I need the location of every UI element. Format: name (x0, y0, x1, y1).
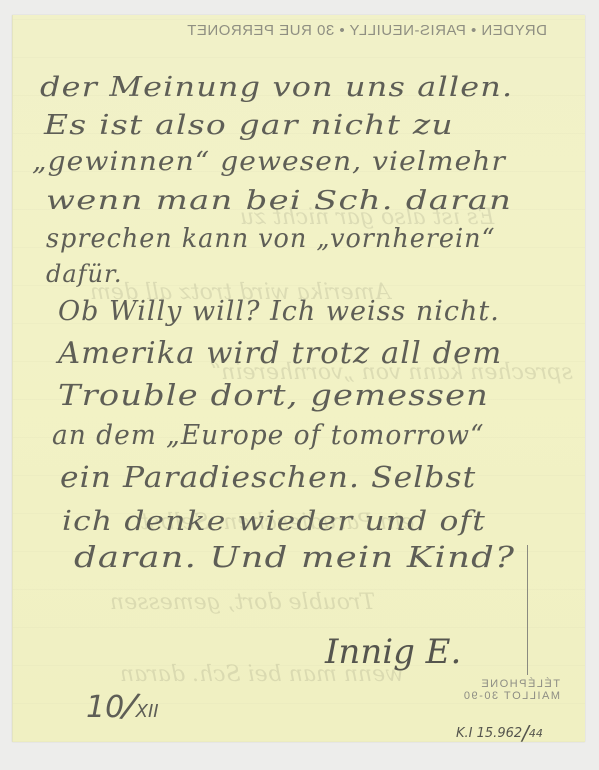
handwritten-line-5: sprechen kann von „vornherein“ (46, 224, 496, 254)
handwritten-line-11: ein Paradieschen. Selbst (60, 460, 476, 494)
letterhead-mirrored: DRYDEN • PARIS-NEUILLY • 30 RUE PERRONET (22, 22, 547, 39)
handwritten-line-13: daran. Und mein Kind? (74, 540, 515, 574)
handwritten-line-6: dafür. (46, 260, 122, 288)
archive-prefix: K.I (456, 726, 473, 741)
telephone-label: TÉLÉPHONE (460, 678, 560, 690)
archive-volume: 44 (529, 727, 543, 740)
handwritten-line-1: der Meinung von uns allen. (40, 72, 513, 103)
handwritten-line-2: Es ist also gar nicht zu (44, 110, 454, 141)
archive-main-number: 15.962 (477, 726, 523, 741)
archive-separator: / (522, 721, 529, 745)
handwritten-line-3: „gewinnen“ gewesen, vielmehr (32, 147, 506, 177)
signature: Innig E. (325, 632, 461, 672)
handwritten-line-7: Ob Willy will? Ich weiss nicht. (58, 296, 500, 327)
telephone-letterhead-mirrored: TÉLÉPHONE MAILLOT 30-90 (460, 678, 560, 702)
telephone-number: MAILLOT 30-90 (460, 690, 560, 702)
bleed-through-text: Trouble dort, gemessen (110, 590, 375, 615)
date-day: 10 (86, 690, 124, 725)
handwritten-line-9: Trouble dort, gemessen (58, 378, 489, 412)
handwritten-line-4: wenn man bei Sch. daran (46, 186, 512, 216)
pencil-vertical-stroke (527, 545, 528, 675)
handwritten-line-12: ich denke wieder und oft (62, 506, 486, 537)
archive-number: K.I 15.962/44 (456, 718, 543, 742)
handwritten-line-8: Amerika wird trotz all dem (58, 336, 502, 371)
handwritten-line-10: an dem „Europe of tomorrow“ (52, 420, 485, 451)
date-month: XII (136, 701, 159, 722)
date-annotation: 10/XII (86, 686, 159, 726)
